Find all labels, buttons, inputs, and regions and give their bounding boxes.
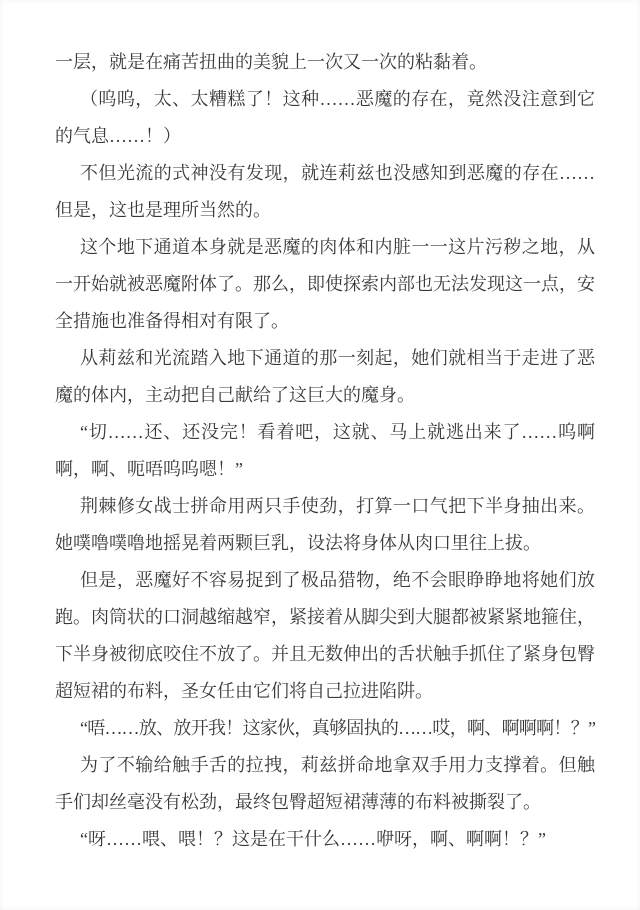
text-line: 为了不输给触手舌的拉拽，莉兹拼命地拿双手用力支撑着。但触 [55, 747, 595, 784]
text-line: 荆棘修女战士拼命用两只手使劲，打算一口气把下半身抽出来。 [55, 488, 595, 525]
page-text-block: 一层，就是在痛苦扭曲的美貌上一次又一次的粘黏着。（呜呜，太、太糟糕了！这种……恶… [55, 44, 595, 858]
text-line: 全措施也准备得相对有限了。 [55, 303, 595, 340]
text-line: 手们却丝毫没有松劲，最终包臀超短裙薄薄的布料被撕裂了。 [55, 784, 595, 821]
text-line: “切……还、还没完！看着吧，这就、马上就逃出来了……呜啊 [55, 414, 595, 451]
text-line: 跑。肉筒状的口洞越缩越窄，紧接着从脚尖到大腿都被紧紧地箍住， [55, 599, 595, 636]
novel-page: 一层，就是在痛苦扭曲的美貌上一次又一次的粘黏着。（呜呜，太、太糟糕了！这种……恶… [0, 0, 640, 910]
text-line: 下半身被彻底咬住不放了。并且无数伸出的舌状触手抓住了紧身包臀 [55, 636, 595, 673]
text-line: 超短裙的布料，圣女任由它们将自己拉进陷阱。 [55, 673, 595, 710]
text-line: 一层，就是在痛苦扭曲的美貌上一次又一次的粘黏着。 [55, 44, 595, 81]
text-line: 从莉兹和光流踏入地下通道的那一刻起，她们就相当于走进了恶 [55, 340, 595, 377]
text-line: 魔的体内，主动把自己献给了这巨大的魔身。 [55, 377, 595, 414]
text-line: 这个地下通道本身就是恶魔的肉体和内脏一一这片污秽之地，从 [55, 229, 595, 266]
text-line: 但是，这也是理所当然的。 [55, 192, 595, 229]
text-line: （呜呜，太、太糟糕了！这种……恶魔的存在，竟然没注意到它 [55, 81, 595, 118]
text-line: 的气息……！） [55, 118, 595, 155]
text-line: 但是，恶魔好不容易捉到了极品猎物，绝不会眼睁睁地将她们放 [55, 562, 595, 599]
text-line: “呀……喂、喂！？这是在干什么……咿呀，啊、啊啊！？” [55, 821, 595, 858]
text-line: 她噗噜噗噜地摇晃着两颗巨乳，设法将身体从肉口里往上拔。 [55, 525, 595, 562]
text-line: 一开始就被恶魔附体了。那么，即使探索内部也无法发现这一点，安 [55, 266, 595, 303]
text-line: 啊，啊、呃唔呜呜嗯！” [55, 451, 595, 488]
text-line: “唔……放、放开我！这家伙，真够固执的……哎，啊、啊啊啊！？” [55, 710, 595, 747]
text-line: 不但光流的式神没有发现，就连莉兹也没感知到恶魔的存在…… [55, 155, 595, 192]
